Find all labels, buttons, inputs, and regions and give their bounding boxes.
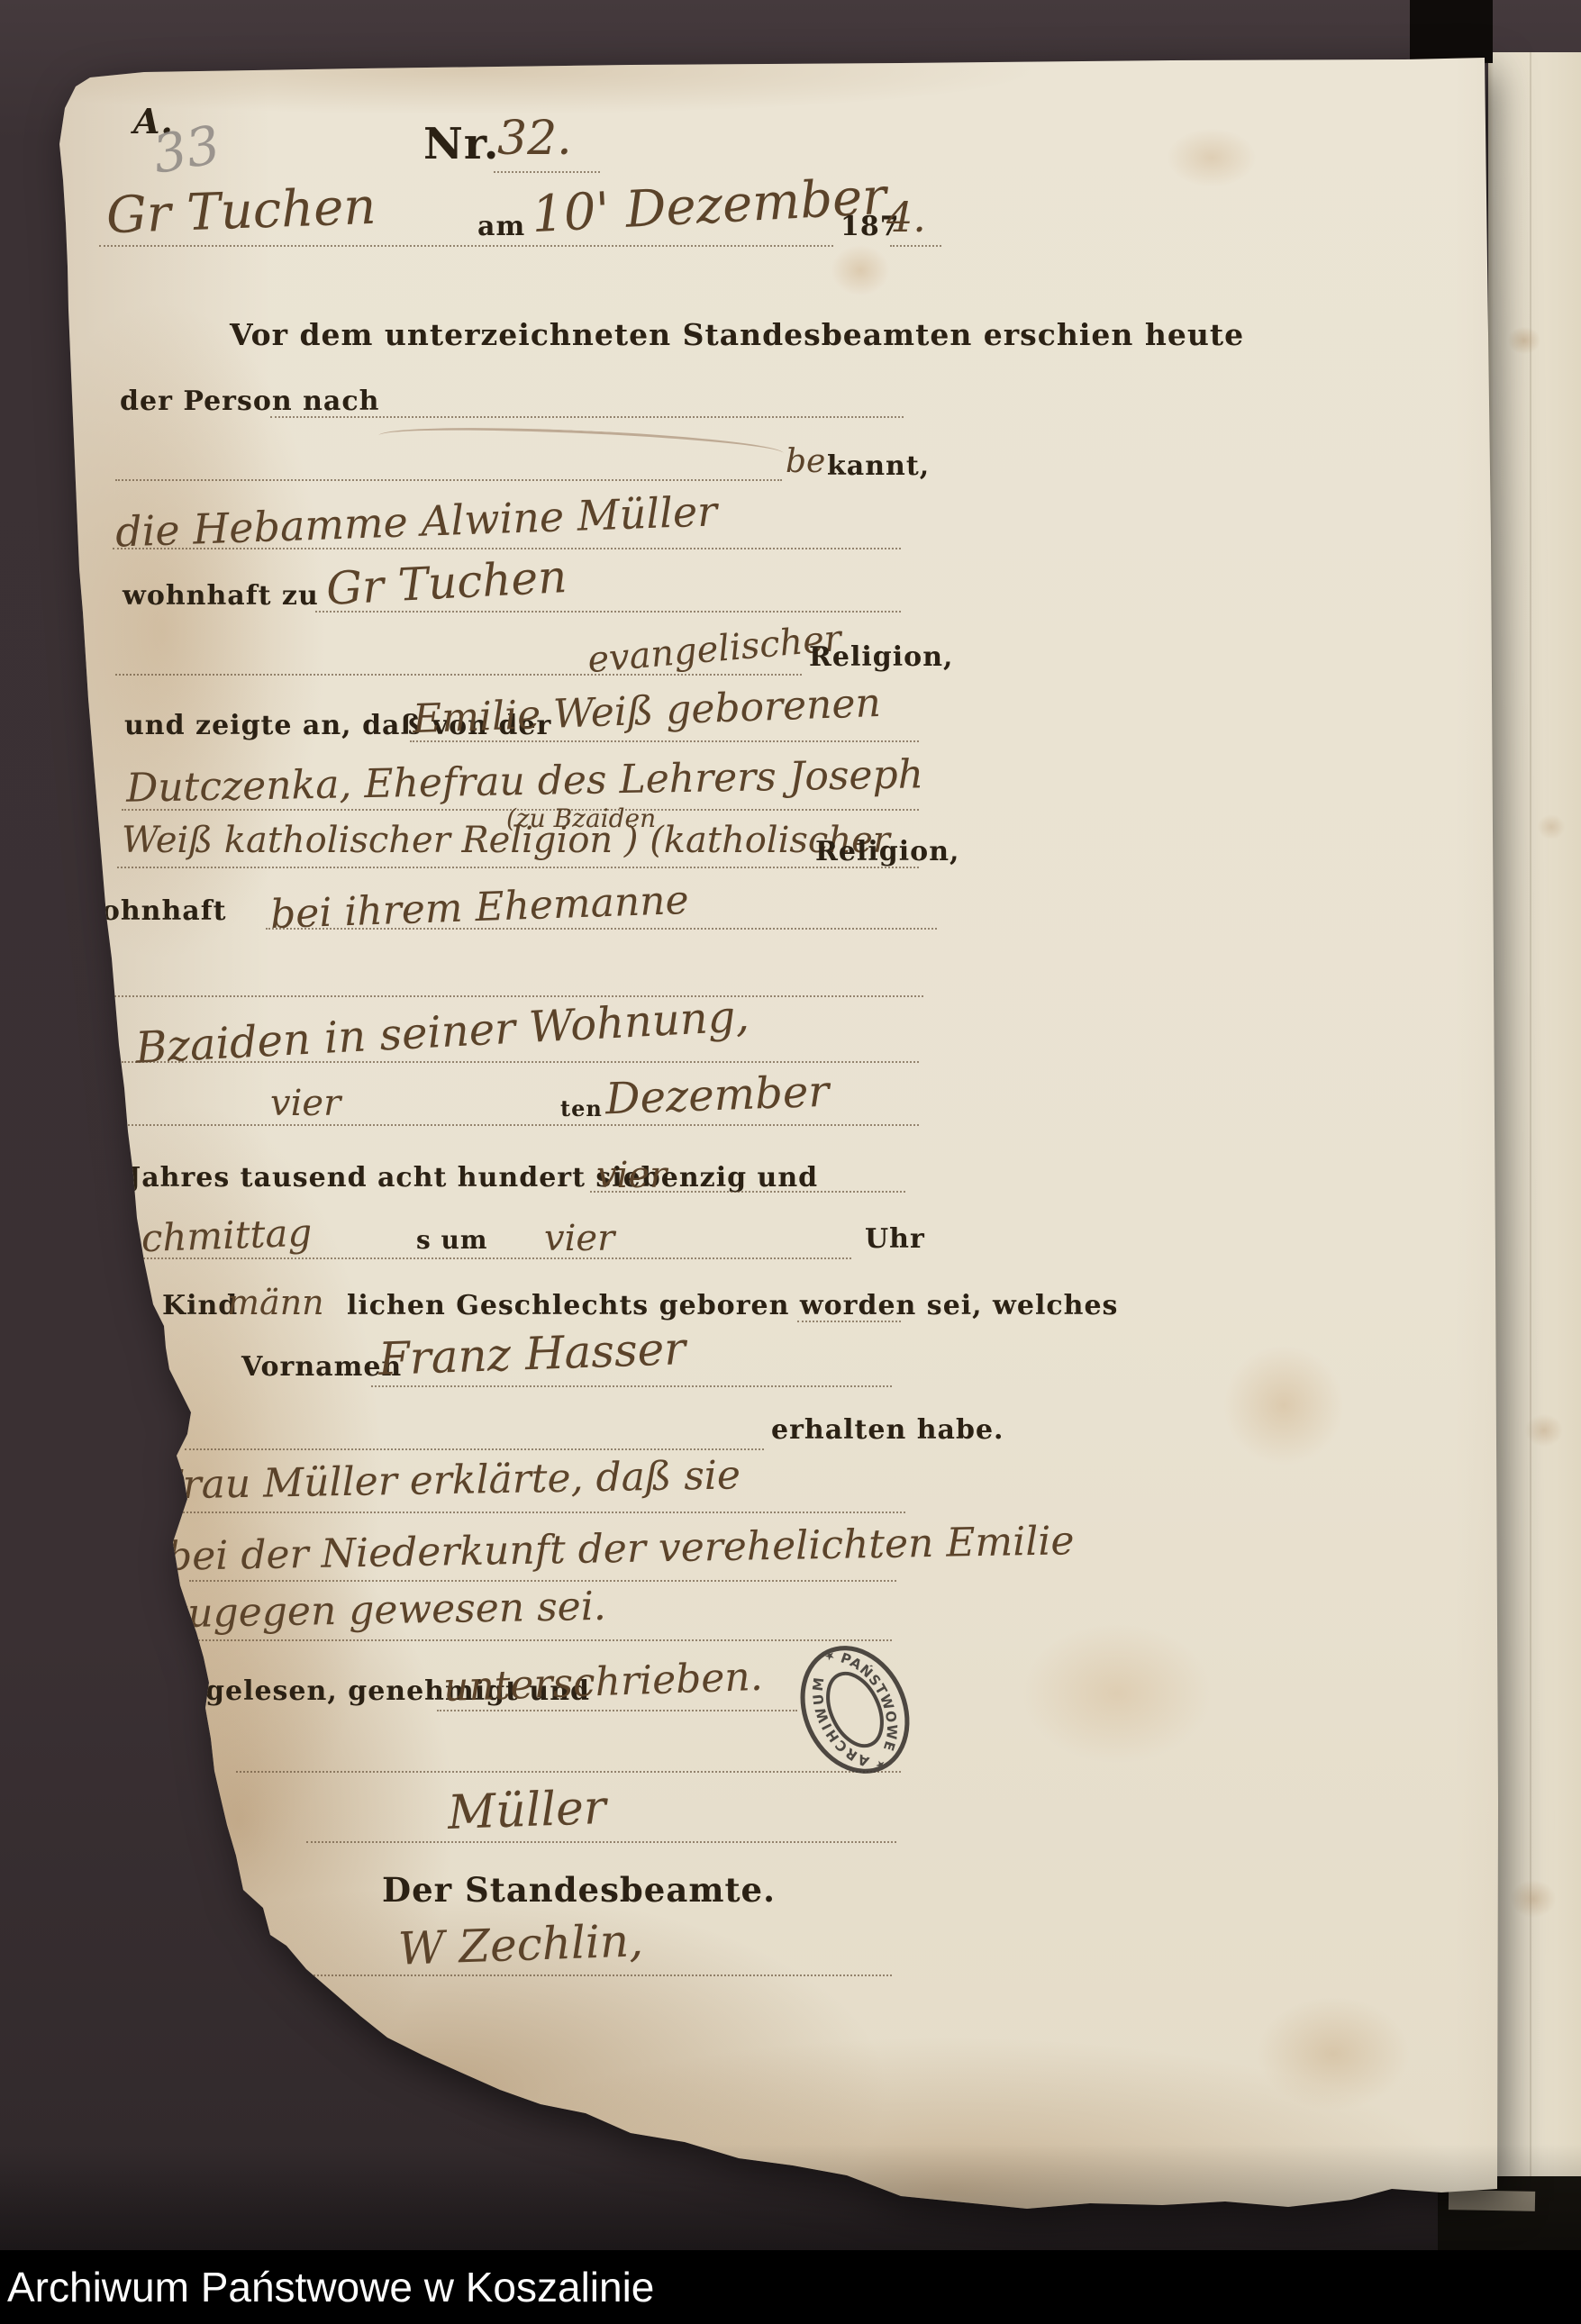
archive-scan-viewer: A. 33 Nr. 32. Gr Tuchen am 10' Dezember … xyxy=(0,0,1581,2324)
rule-line xyxy=(113,548,901,549)
rule-line xyxy=(371,1385,892,1387)
place-value: Gr Tuchen xyxy=(105,177,377,245)
mother-line3: Weiß katholischer Religion ) (katholisch… xyxy=(122,820,890,861)
person-nach-label: der Person nach xyxy=(120,386,379,417)
mother-line1: Emilie Weiß geborenen xyxy=(412,680,881,742)
official-signature: W Zechlin, xyxy=(397,1914,644,1974)
wohnhaft-zu-label: wohnhaft zu xyxy=(123,580,319,612)
caption-bar: Archiwum Państwowe w Koszalinie xyxy=(0,2250,1581,2324)
intro-line: Vor dem unterzeichneten Standesbeamten e… xyxy=(230,317,1244,352)
rule-line xyxy=(890,245,941,247)
rule-line xyxy=(270,416,904,418)
declarant-signature: Müller xyxy=(447,1781,607,1840)
note-line2: bei der Niederkunft der verehelichten Em… xyxy=(167,1518,1075,1580)
rule-line xyxy=(117,867,919,868)
daytime-value: Nachmittag xyxy=(85,1211,313,1263)
bekannt-printed: kannt, xyxy=(827,450,930,482)
rule-line xyxy=(236,1771,901,1773)
declarant-residence: Gr Tuchen xyxy=(325,550,568,615)
pencil-number: 33 xyxy=(149,113,224,186)
mother-line2: Dutczenka, Ehefrau des Lehrers Joseph xyxy=(126,751,924,811)
erhalten-label: erhalten habe. xyxy=(771,1414,1004,1446)
declarant-name: die Hebamme Alwine Müller xyxy=(114,486,718,556)
rule-line xyxy=(266,928,937,930)
bottom-shadow xyxy=(0,2144,1581,2252)
gender-sentence: lichen Geschlechts geboren worden sei, w… xyxy=(347,1290,1118,1321)
rule-line xyxy=(306,1841,896,1843)
rule-line xyxy=(99,245,833,247)
official-title: Der Standesbeamte. xyxy=(382,1870,776,1910)
rule-line xyxy=(189,1580,896,1582)
rule-line xyxy=(437,1710,797,1711)
wohnhaft-label: wohnhaft xyxy=(77,895,226,927)
month-value: Dezember xyxy=(604,1067,830,1125)
rule-line xyxy=(90,1257,851,1259)
rule-line xyxy=(115,479,782,481)
rule-line xyxy=(115,674,802,676)
rule-line xyxy=(185,1448,764,1450)
day-value: vier xyxy=(270,1083,341,1124)
document-page-shadow: A. 33 Nr. 32. Gr Tuchen am 10' Dezember … xyxy=(0,0,1581,2324)
rule-line xyxy=(410,740,919,742)
um-label: s um xyxy=(416,1225,488,1255)
document-page: A. 33 Nr. 32. Gr Tuchen am 10' Dezember … xyxy=(0,0,1581,2324)
rule-line xyxy=(590,1191,905,1193)
year-digit: 4. xyxy=(886,193,926,241)
note-line1: Frau Müller erklärte, daß sie xyxy=(155,1452,741,1508)
date-value: 10' Dezember xyxy=(531,168,888,245)
nr-label: Nr. xyxy=(423,119,499,169)
rule-line xyxy=(494,171,600,173)
nr-value: 32. xyxy=(497,112,572,166)
religion1-label: Religion, xyxy=(809,641,953,673)
rule-line xyxy=(797,1321,901,1322)
ten-label: ten xyxy=(560,1095,603,1121)
rule-line xyxy=(194,1639,892,1641)
rule-line xyxy=(122,1061,919,1063)
closing-hand: unterschrieben. xyxy=(442,1654,763,1711)
religion2-label: Religion, xyxy=(815,836,959,867)
bekannt-hand: be xyxy=(786,443,825,480)
rule-line xyxy=(315,611,901,613)
hour-value: vier xyxy=(544,1218,614,1259)
year-sentence: Jahres tausend acht hundert siebenzig un… xyxy=(128,1162,818,1194)
note-line3: zugegen gewesen sei. xyxy=(167,1584,607,1638)
name-value: Franz Hasser xyxy=(377,1322,686,1385)
rule-line xyxy=(117,1124,919,1126)
rule-line xyxy=(108,995,923,997)
rule-line xyxy=(306,1974,892,1976)
gender-value: männ xyxy=(227,1283,324,1322)
archive-stamp: ARCHIWUM PAŃSTWOWE ★ ★ xyxy=(775,1623,935,1795)
die-value: die xyxy=(90,1344,143,1384)
religion1-hand: evangelischer xyxy=(586,618,843,681)
rule-line xyxy=(180,1512,905,1513)
ink-stroke xyxy=(378,422,785,468)
uhr-label: Uhr xyxy=(865,1223,925,1255)
am-label: am xyxy=(477,211,525,242)
archive-caption: Archiwum Państwowe w Koszalinie xyxy=(7,2263,654,2311)
